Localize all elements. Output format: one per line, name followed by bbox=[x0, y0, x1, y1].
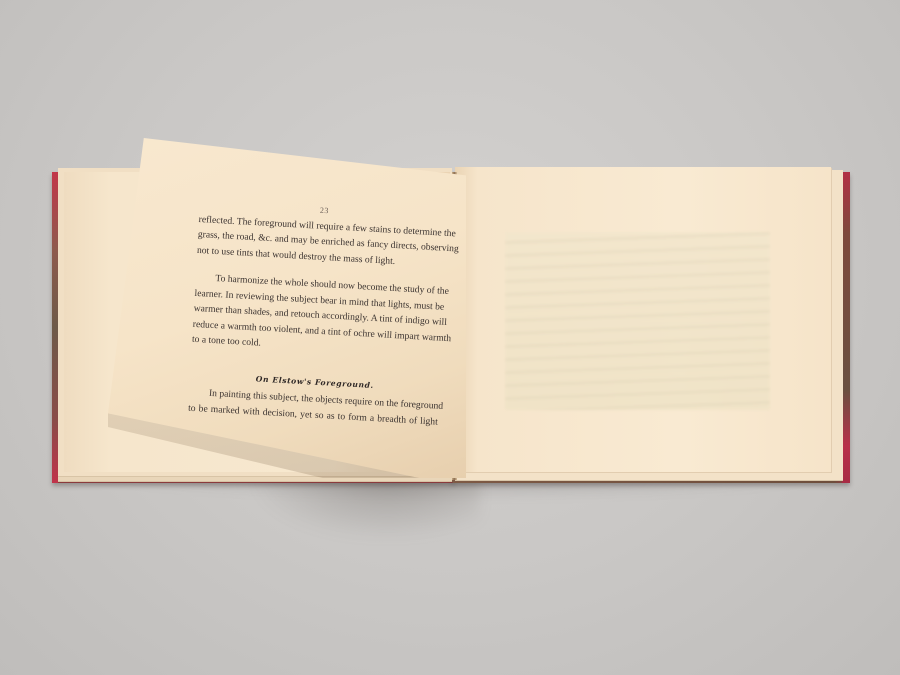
left-page-text: 23 reflected. The foreground will requir… bbox=[188, 196, 450, 430]
paragraph-2: To harmonize the whole should now become… bbox=[192, 270, 446, 361]
right-cover-red-edge bbox=[842, 172, 850, 483]
photo-scene: 23 reflected. The foreground will requir… bbox=[0, 0, 900, 675]
right-page-offset-image bbox=[505, 232, 770, 410]
